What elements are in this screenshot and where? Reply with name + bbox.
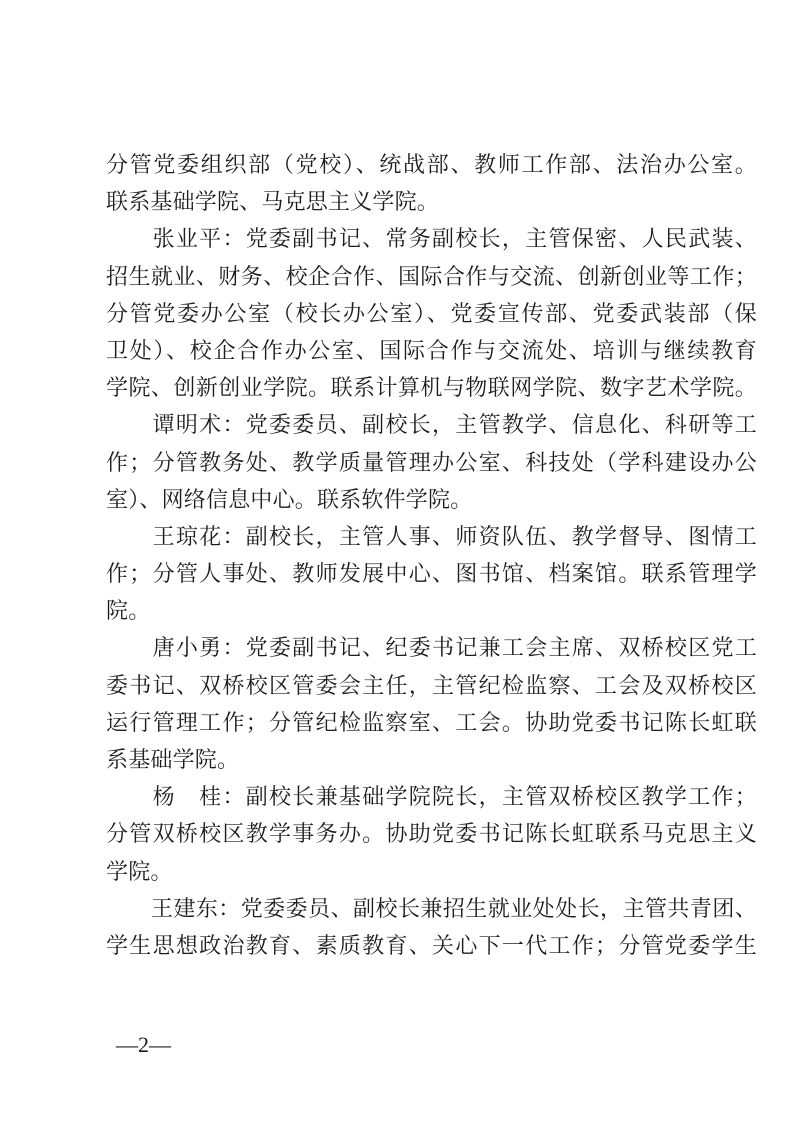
text-line: 学院。 (106, 853, 757, 890)
text-line: 谭明术：党委委员、副校长，主管教学、信息化、科研等工 (106, 406, 757, 443)
text-line: 学院、创新创业学院。联系计算机与物联网学院、数字艺术学院。 (106, 369, 757, 406)
text-line: 作；分管教务处、教学质量管理办公室、科技处（学科建设办公 (106, 444, 757, 481)
text-line: 院。 (106, 592, 757, 629)
text-line: 学生思想政治教育、素质教育、关心下一代工作；分管党委学生 (106, 927, 757, 964)
text-line: 联系基础学院、马克思主义学院。 (106, 183, 757, 220)
document-page: 分管党委组织部（党校）、统战部、教师工作部、法治办公室。 联系基础学院、马克思主… (0, 0, 793, 1122)
text-line: 招生就业、财务、校企合作、国际合作与交流、创新创业等工作； (106, 258, 757, 295)
text-line: 分管党委办公室（校长办公室）、党委宣传部、党委武装部（保 (106, 295, 757, 332)
text-line: 委书记、双桥校区管委会主任，主管纪检监察、工会及双桥校区 (106, 667, 757, 704)
text-line: 王建东：党委委员、副校长兼招生就业处处长，主管共青团、 (106, 890, 757, 927)
text-line: 卫处）、校企合作办公室、国际合作与交流处、培训与继续教育 (106, 332, 757, 369)
text-line: 张业平：党委副书记、常务副校长，主管保密、人民武装、 (106, 220, 757, 257)
text-line: 室）、网络信息中心。联系软件学院。 (106, 481, 757, 518)
page-number: —2— (116, 1032, 171, 1058)
text-line: 作；分管人事处、教师发展中心、图书馆、档案馆。联系管理学 (106, 555, 757, 592)
text-line: 分管党委组织部（党校）、统战部、教师工作部、法治办公室。 (106, 146, 757, 183)
document-body: 分管党委组织部（党校）、统战部、教师工作部、法治办公室。 联系基础学院、马克思主… (106, 146, 757, 964)
text-line: 分管双桥校区教学事务办。协助党委书记陈长虹联系马克思主义 (106, 815, 757, 852)
text-line: 王琼花：副校长，主管人事、师资队伍、教学督导、图情工 (106, 518, 757, 555)
text-line: 杨 桂：副校长兼基础学院院长，主管双桥校区教学工作； (106, 778, 757, 815)
text-line: 系基础学院。 (106, 741, 757, 778)
text-line: 运行管理工作；分管纪检监察室、工会。协助党委书记陈长虹联 (106, 704, 757, 741)
text-line: 唐小勇：党委副书记、纪委书记兼工会主席、双桥校区党工 (106, 629, 757, 666)
